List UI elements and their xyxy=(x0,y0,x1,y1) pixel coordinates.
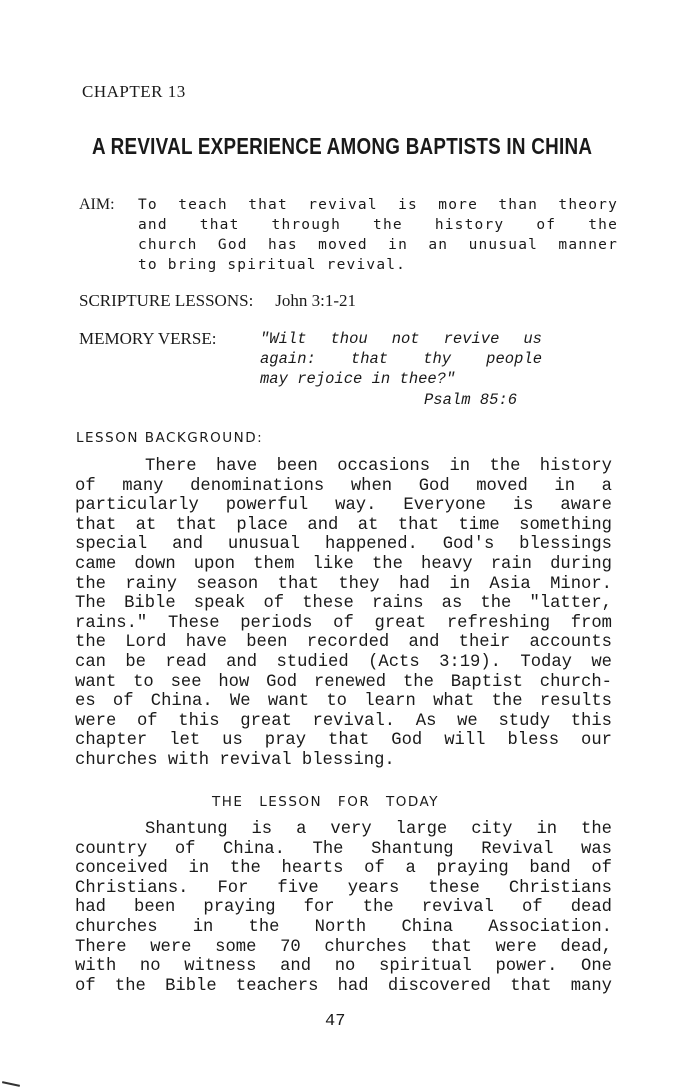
scripture-label: SCRIPTURE LESSONS: xyxy=(79,291,253,310)
text-line: had been praying for the revival of dead xyxy=(75,898,612,918)
text-line: There have been occasions in the history xyxy=(75,457,612,477)
text-line: rains." These periods of great refreshin… xyxy=(75,614,612,634)
text-line: with no witness and no spiritual power. … xyxy=(75,957,612,977)
memory-verse-label: MEMORY VERSE: xyxy=(79,329,216,349)
text-line: conceived in the hearts of a praying ban… xyxy=(75,859,612,879)
text-line: were of this great revival. As we study … xyxy=(75,712,612,732)
text-line: churches in the North China Association. xyxy=(75,918,612,938)
aim-line: To teach that revival is more than theor… xyxy=(138,195,618,215)
text-line: the rainy season that they had in Asia M… xyxy=(75,575,612,595)
text-line: particularly powerful way. Everyone is a… xyxy=(75,496,612,516)
lesson-background-heading: LESSON BACKGROUND: xyxy=(76,430,263,446)
memory-verse-line: "Wilt thou not revive us xyxy=(260,329,542,349)
scripture-reference: John 3:1-21 xyxy=(275,291,356,310)
memory-verse-text: "Wilt thou not revive us again: that thy… xyxy=(260,329,542,389)
document-page: CHAPTER 13 A REVIVAL EXPERIENCE AMONG BA… xyxy=(0,0,699,1088)
text-line: There were some 70 churches that were de… xyxy=(75,938,612,958)
aim-line: to bring spiritual revival. xyxy=(138,255,618,275)
aim-line: and that through the history of the xyxy=(138,215,618,235)
text-line: of many denominations when God moved in … xyxy=(75,477,612,497)
scripture-lessons: SCRIPTURE LESSONS:John 3:1-21 xyxy=(79,291,356,311)
memory-verse-reference: Psalm 85:6 xyxy=(424,391,517,409)
page-number: 47 xyxy=(325,1012,345,1031)
text-line: of the Bible teachers had discovered tha… xyxy=(75,977,612,997)
text-line: came down upon them like the heavy rain … xyxy=(75,555,612,575)
text-line: The Bible speak of these rains as the "l… xyxy=(75,594,612,614)
text-line: churches with revival blessing. xyxy=(75,751,612,771)
chapter-label: CHAPTER 13 xyxy=(82,82,186,102)
aim-text: To teach that revival is more than theor… xyxy=(138,195,618,275)
lesson-today-body: Shantung is a very large city in thecoun… xyxy=(75,820,612,996)
text-line: Shantung is a very large city in the xyxy=(75,820,612,840)
text-line: want to see how God renewed the Baptist … xyxy=(75,673,612,693)
text-line: es of China. We want to learn what the r… xyxy=(75,692,612,712)
memory-verse-line: may rejoice in thee?" xyxy=(260,369,542,389)
text-line: chapter let us pray that God will bless … xyxy=(75,731,612,751)
aim-line: church God has moved in an unusual manne… xyxy=(138,235,618,255)
scan-artifact xyxy=(2,1081,20,1087)
lesson-background-body: There have been occasions in the history… xyxy=(75,457,612,771)
text-line: the Lord have been recorded and their ac… xyxy=(75,633,612,653)
aim-label: AIM: xyxy=(79,195,115,215)
text-line: country of China. The Shantung Revival w… xyxy=(75,840,612,860)
text-line: that at that place and at that time some… xyxy=(75,516,612,536)
text-line: can be read and studied (Acts 3:19). Tod… xyxy=(75,653,612,673)
text-line: special and unusual happened. God's bles… xyxy=(75,535,612,555)
memory-verse-line: again: that thy people xyxy=(260,349,542,369)
lesson-today-heading: THE LESSON FOR TODAY xyxy=(212,794,439,810)
chapter-title: A REVIVAL EXPERIENCE AMONG BAPTISTS IN C… xyxy=(92,133,617,160)
text-line: Christians. For five years these Christi… xyxy=(75,879,612,899)
